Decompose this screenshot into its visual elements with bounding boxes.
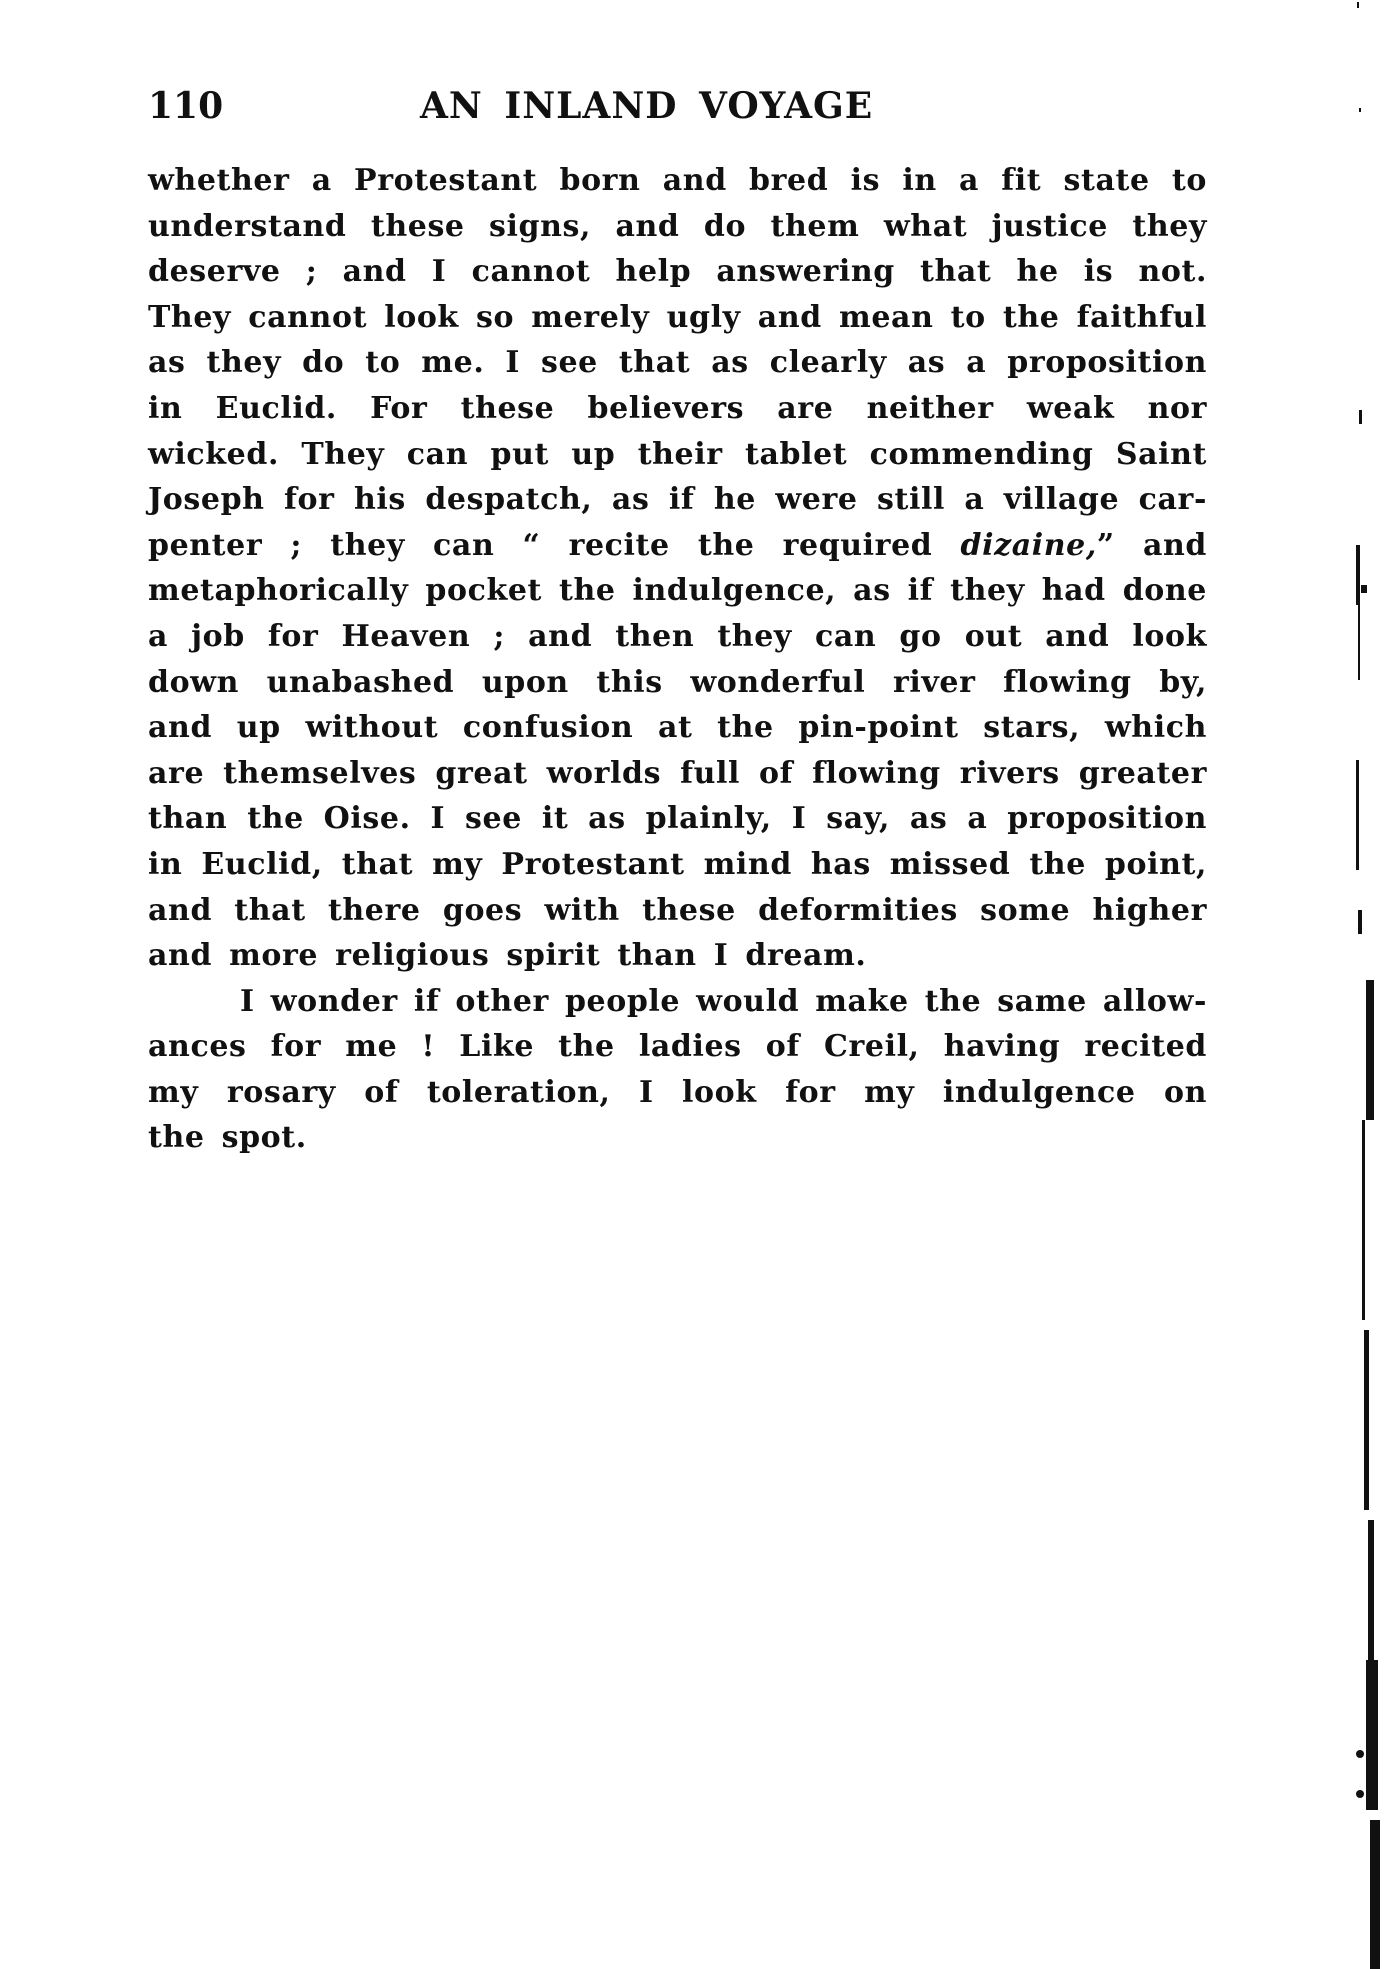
text-line: than the Oise. I see it as plainly, I sa… xyxy=(148,796,1207,842)
text-line: in Euclid. For these believers are neith… xyxy=(148,386,1207,432)
text-line: are themselves great worlds full of flow… xyxy=(148,751,1207,797)
text-line: deserve ; and I cannot help answering th… xyxy=(148,249,1207,295)
text-line: down unabashed upon this wonderful river… xyxy=(148,660,1207,706)
book-page: 110 AN INLAND VOYAGE whether a Protestan… xyxy=(0,0,1386,1969)
text-line-with-italic: penter ; they can “ recite the required … xyxy=(148,523,1207,569)
running-head: 110 AN INLAND VOYAGE xyxy=(148,84,1207,128)
text-line: Joseph for his despatch, as if he were s… xyxy=(148,477,1207,523)
page-number: 110 xyxy=(148,84,223,128)
paragraph-end-line: the spot. xyxy=(148,1115,1207,1161)
text-line: understand these signs, and do them what… xyxy=(148,204,1207,250)
running-title: AN INLAND VOYAGE xyxy=(420,84,873,128)
text-line: metaphorically pocket the indulgence, as… xyxy=(148,568,1207,614)
text-line: as they do to me. I see that as clearly … xyxy=(148,340,1207,386)
text-line: in Euclid, that my Protestant mind has m… xyxy=(148,842,1207,888)
text-line: a job for Heaven ; and then they can go … xyxy=(148,614,1207,660)
paragraph-end-line: and more religious spirit than I dream. xyxy=(148,933,1207,979)
text-line: whether a Protestant born and bred is in… xyxy=(148,158,1207,204)
text-segment: ” and xyxy=(1097,528,1207,563)
text-line: and that there goes with these deformiti… xyxy=(148,888,1207,934)
text-line: and up without confusion at the pin-poin… xyxy=(148,705,1207,751)
text-line: They cannot look so merely ugly and mean… xyxy=(148,295,1207,341)
text-line: my rosary of toleration, I look for my i… xyxy=(148,1070,1207,1116)
text-line: ances for me ! Like the ladies of Creil,… xyxy=(148,1024,1207,1070)
text-segment: penter ; they can “ recite the required xyxy=(148,528,932,563)
body-text: whether a Protestant born and bred is in… xyxy=(148,158,1207,1161)
paragraph-start-line: I wonder if other people would make the … xyxy=(148,979,1207,1025)
text-line: wicked. They can put up their tablet com… xyxy=(148,432,1207,478)
italic-word: dizaine, xyxy=(961,528,1097,563)
scan-edge-artifacts xyxy=(1356,0,1386,1969)
